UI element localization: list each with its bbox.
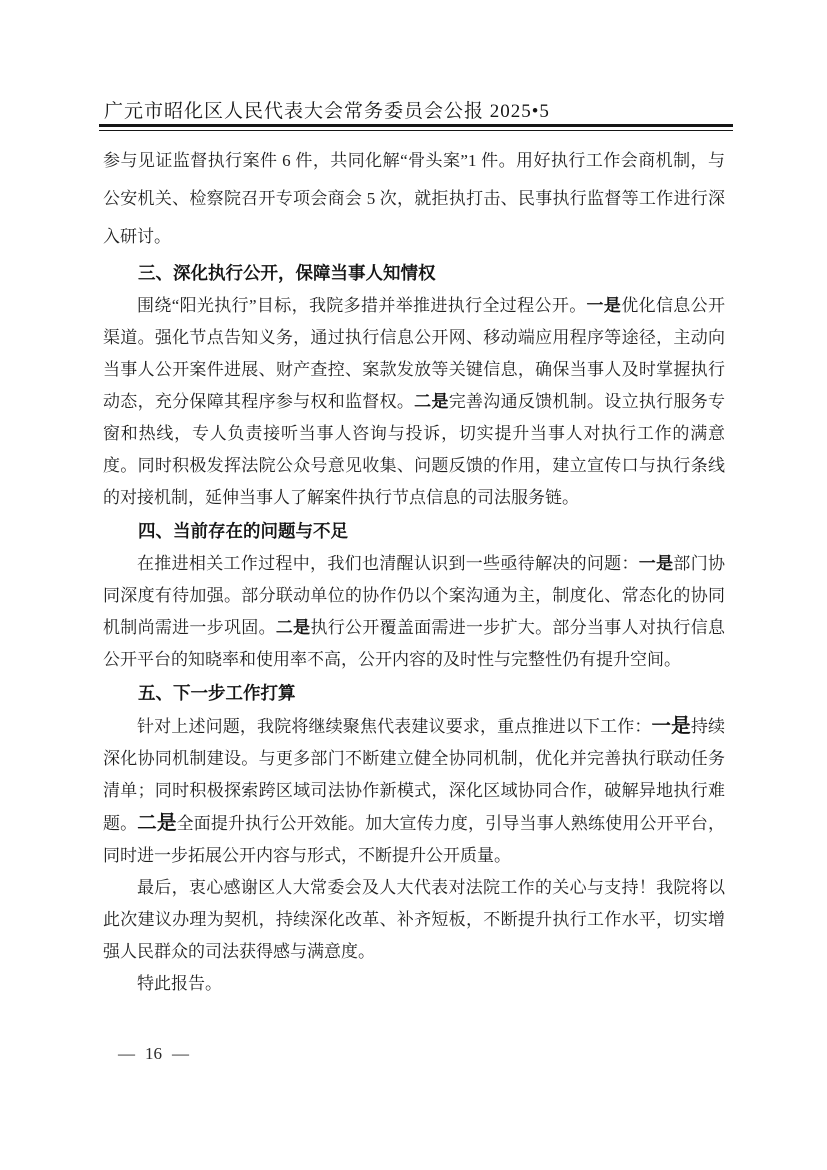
emphasis-run: 一是	[652, 715, 691, 737]
emphasis-run: 五、下一步工作打算	[138, 683, 296, 703]
emphasis-run: 二是	[276, 618, 311, 637]
emphasis-run: 三、深化执行公开，保障当事人知情权	[138, 263, 436, 283]
text-run: 针对上述问题，我院将继续聚焦代表建议要求，重点推进以下工作：	[137, 717, 652, 736]
page-number: 16	[145, 1044, 162, 1064]
emphasis-run: 一是	[639, 554, 674, 573]
body-paragraph: 在推进相关工作过程中，我们也清醒认识到一些亟待解决的问题：一是部门协同深度有待加…	[103, 548, 725, 676]
emphasis-run: 四、当前存在的问题与不足	[138, 521, 348, 541]
section-heading: 四、当前存在的问题与不足	[103, 514, 725, 548]
emphasis-run: 二是	[137, 812, 176, 834]
body-paragraph: 最后，衷心感谢区人大常委会及人大代表对法院工作的关心与支持！我院将以此次建议办理…	[103, 872, 725, 968]
page-footer: — 16 —	[118, 1044, 189, 1064]
page-number-left-dash: —	[118, 1044, 135, 1064]
text-run: 全面提升执行公开效能。加大宣传力度，引导当事人熟练使用公开平台，同时进一步拓展公…	[103, 814, 725, 865]
body-paragraph: 针对上述问题，我院将继续聚焦代表建议要求，重点推进以下工作：一是持续深化协同机制…	[103, 710, 725, 872]
section-heading: 三、深化执行公开，保障当事人知情权	[103, 256, 725, 290]
body-paragraph: 参与见证监督执行案件 6 件，共同化解“骨头案”1 件。用好执行工作会商机制，与…	[103, 142, 725, 256]
section-heading: 五、下一步工作打算	[103, 676, 725, 710]
emphasis-run: 二是	[414, 392, 449, 411]
document-body: 参与见证监督执行案件 6 件，共同化解“骨头案”1 件。用好执行工作会商机制，与…	[103, 142, 725, 1000]
emphasis-run: 一是	[587, 296, 622, 315]
text-run: 参与见证监督执行案件 6 件，共同化解“骨头案”1 件。用好执行工作会商机制，与…	[103, 151, 725, 246]
text-run: 围绕“阳光执行”目标，我院多措并举推进执行全过程公开。	[137, 296, 587, 315]
text-run: 特此报告。	[137, 974, 222, 993]
header-double-rule	[99, 124, 733, 131]
text-run: 最后，衷心感谢区人大常委会及人大代表对法院工作的关心与支持！我院将以此次建议办理…	[103, 878, 725, 961]
gazette-page: 广元市昭化区人民代表大会常务委员会公报 2025•5 参与见证监督执行案件 6 …	[0, 0, 827, 1170]
page-number-right-dash: —	[172, 1044, 189, 1064]
gazette-title: 广元市昭化区人民代表大会常务委员会公报 2025•5	[104, 96, 550, 123]
body-paragraph: 围绕“阳光执行”目标，我院多措并举推进执行全过程公开。一是优化信息公开渠道。强化…	[103, 290, 725, 514]
text-run: 在推进相关工作过程中，我们也清醒认识到一些亟待解决的问题：	[137, 554, 639, 573]
body-paragraph: 特此报告。	[103, 968, 725, 1000]
